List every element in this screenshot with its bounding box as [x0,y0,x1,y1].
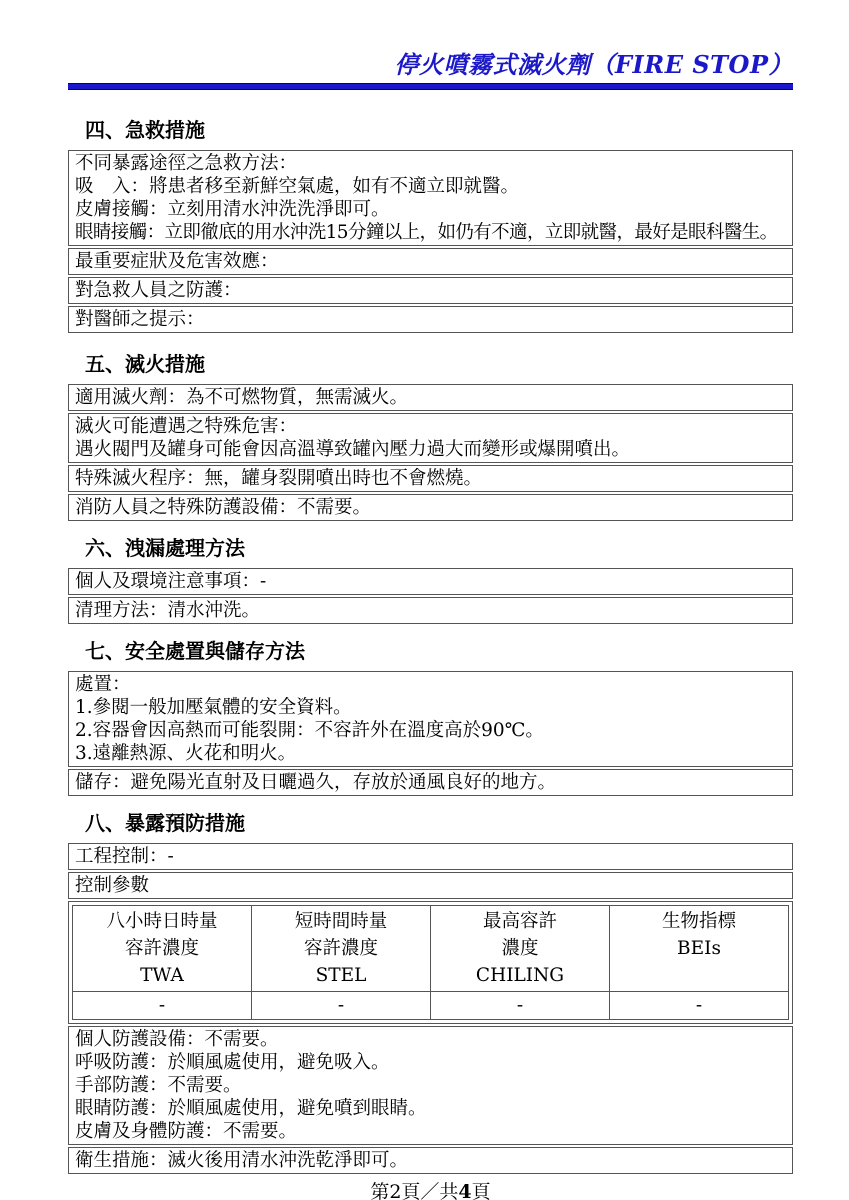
row-line: 3.遠離熱源、火花和明火。 [75,742,786,765]
row-line: 對醫師之提示： [75,308,786,331]
section-heading: 四、急救措施 [85,117,793,143]
row-line: 個人防護設備：不需要。 [75,1028,786,1051]
header-line [610,962,788,989]
row-line: 消防人員之特殊防護設備：不需要。 [75,496,786,519]
header-line: 生物指標 [610,908,788,935]
table-row: 工程控制：- [68,843,793,870]
header-line: 容許濃度 [73,935,251,962]
row-line: 吸 入：將患者移至新鮮空氣處，如有不適立即就醫。 [75,175,786,198]
section-exposure-prevention: 八、暴露預防措施 工程控制：- 控制參數 八小時日時量 容許濃度 TWA [68,810,793,1174]
exposure-limit-header-cell: 八小時日時量 容許濃度 TWA [73,906,252,992]
sds-document-page: 停火噴霧式滅火劑（FIRE STOP） 四、急救措施 不同暴露途徑之急救方法： … [0,0,849,1200]
header-line: 短時間時量 [252,908,430,935]
exposure-limit-header-cell: 生物指標 BEIs [610,906,789,992]
row-line: 適用滅火劑：為不可燃物質，無需滅火。 [75,386,786,409]
row-line: 對急救人員之防護： [75,279,786,302]
row-line: 最重要症狀及危害效應： [75,250,786,273]
page-footer: 第2頁／共4頁 [68,1180,793,1200]
table-row: 特殊滅火程序：無，罐身裂開噴出時也不會燃燒。 [68,465,793,492]
row-line: 控制參數 [75,874,786,897]
row-line: 儲存：避免陽光直射及日曬過久，存放於通風良好的地方。 [75,771,786,794]
row-line: 清理方法：清水沖洗。 [75,599,786,622]
row-line: 皮膚接觸：立刻用清水沖洗洗淨即可。 [75,198,786,221]
exposure-limits-header-row: 八小時日時量 容許濃度 TWA 短時間時量 容許濃度 STEL 最高容許 濃度 [73,906,789,992]
section-fire-fighting: 五、滅火措施 適用滅火劑：為不可燃物質，無需滅火。 滅火可能遭遇之特殊危害： 遇… [68,351,793,521]
page-total: 4 [458,1181,471,1200]
header-line: TWA [73,962,251,989]
row-line: 特殊滅火程序：無，罐身裂開噴出時也不會燃燒。 [75,467,786,490]
row-line: 皮膚及身體防護：不需要。 [75,1120,786,1143]
page-number-text: 第2頁／共 [370,1181,458,1200]
exposure-limits-table: 八小時日時量 容許濃度 TWA 短時間時量 容許濃度 STEL 最高容許 濃度 [72,905,789,1020]
exposure-limit-value-cell: - [431,992,610,1020]
first-aid-table: 不同暴露途徑之急救方法： 吸 入：將患者移至新鮮空氣處，如有不適立即就醫。 皮膚… [68,150,793,333]
header-line: 最高容許 [431,908,609,935]
table-row: 個人防護設備：不需要。 呼吸防護：於順風處使用，避免吸入。 手部防護：不需要。 … [68,1026,793,1145]
exposure-limit-value-cell: - [73,992,252,1020]
row-line: 處置： [75,673,786,696]
header-divider-rule [68,83,793,90]
exposure-limit-value-cell: - [610,992,789,1020]
table-row: 控制參數 [68,872,793,899]
header-line: 濃度 [431,935,609,962]
exposure-limits-value-row: - - - - [73,992,789,1020]
row-line: 眼睛接觸：立即徹底的用水沖洗15分鐘以上，如仍有不適，立即就醫，最好是眼科醫生。 [75,221,786,244]
table-row: 滅火可能遭遇之特殊危害： 遇火閥門及罐身可能會因高溫導致罐內壓力過大而變形或爆開… [68,413,793,463]
header-line: 容許濃度 [252,935,430,962]
section-leak-handling: 六、洩漏處理方法 個人及環境注意事項：- 清理方法：清水沖洗。 [68,535,793,624]
section-heading: 八、暴露預防措施 [85,810,793,836]
row-line: 遇火閥門及罐身可能會因高溫導致罐內壓力過大而變形或爆開噴出。 [75,438,786,461]
header-line: BEIs [610,935,788,962]
table-row: 衛生措施：滅火後用清水沖洗乾淨即可。 [68,1147,793,1174]
row-line: 個人及環境注意事項：- [75,570,786,593]
exposure-limit-header-cell: 短時間時量 容許濃度 STEL [252,906,431,992]
page-header: 停火噴霧式滅火劑（FIRE STOP） [68,50,793,90]
header-line: 八小時日時量 [73,908,251,935]
table-row: 對急救人員之防護： [68,277,793,304]
leak-handling-table: 個人及環境注意事項：- 清理方法：清水沖洗。 [68,568,793,624]
document-title: 停火噴霧式滅火劑（FIRE STOP） [68,50,793,80]
row-line: 1.參閱一般加壓氣體的安全資料。 [75,696,786,719]
row-line: 滅火可能遭遇之特殊危害： [75,415,786,438]
table-row: 最重要症狀及危害效應： [68,248,793,275]
row-line: 呼吸防護：於順風處使用，避免吸入。 [75,1051,786,1074]
fire-fighting-table: 適用滅火劑：為不可燃物質，無需滅火。 滅火可能遭遇之特殊危害： 遇火閥門及罐身可… [68,384,793,521]
section-heading: 六、洩漏處理方法 [85,535,793,561]
table-row: 對醫師之提示： [68,306,793,333]
table-row: 不同暴露途徑之急救方法： 吸 入：將患者移至新鮮空氣處，如有不適立即就醫。 皮膚… [68,150,793,246]
section-handling-storage: 七、安全處置與儲存方法 處置： 1.參閱一般加壓氣體的安全資料。 2.容器會因高… [68,638,793,796]
row-line: 2.容器會因高熱而可能裂開：不容許外在溫度高於90℃。 [75,719,786,742]
table-row: 清理方法：清水沖洗。 [68,597,793,624]
table-row: 消防人員之特殊防護設備：不需要。 [68,494,793,521]
row-line: 眼睛防護：於順風處使用，避免噴到眼睛。 [75,1097,786,1120]
handling-storage-table: 處置： 1.參閱一般加壓氣體的安全資料。 2.容器會因高熱而可能裂開：不容許外在… [68,671,793,796]
table-row: 適用滅火劑：為不可燃物質，無需滅火。 [68,384,793,411]
section-first-aid: 四、急救措施 不同暴露途徑之急救方法： 吸 入：將患者移至新鮮空氣處，如有不適立… [68,117,793,333]
row-line: 衛生措施：滅火後用清水沖洗乾淨即可。 [75,1149,786,1172]
exposure-prevention-table: 工程控制：- 控制參數 八小時日時量 容許濃度 TWA 短時間時量 [68,843,793,1174]
row-line: 不同暴露途徑之急救方法： [75,152,786,175]
row-line: 工程控制：- [75,845,786,868]
table-row: 個人及環境注意事項：- [68,568,793,595]
page-number-suffix: 頁 [472,1181,491,1200]
control-parameters-wrapper: 八小時日時量 容許濃度 TWA 短時間時量 容許濃度 STEL 最高容許 濃度 [68,901,793,1024]
table-row: 儲存：避免陽光直射及日曬過久，存放於通風良好的地方。 [68,769,793,796]
header-line: CHILING [431,962,609,989]
header-line: STEL [252,962,430,989]
row-line: 手部防護：不需要。 [75,1074,786,1097]
section-heading: 七、安全處置與儲存方法 [85,638,793,664]
exposure-limit-value-cell: - [252,992,431,1020]
exposure-limit-header-cell: 最高容許 濃度 CHILING [431,906,610,992]
table-row: 處置： 1.參閱一般加壓氣體的安全資料。 2.容器會因高熱而可能裂開：不容許外在… [68,671,793,767]
section-heading: 五、滅火措施 [85,351,793,377]
